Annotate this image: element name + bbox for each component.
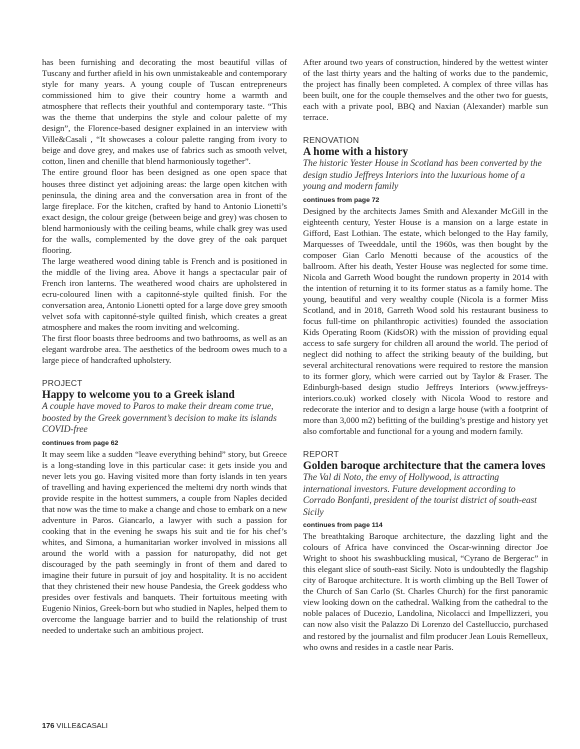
section-spacer	[42, 366, 287, 378]
article-home-with-history: RENOVATION A home with a history The his…	[303, 135, 548, 437]
article-headline: Golden baroque architecture that the cam…	[303, 460, 548, 473]
article-body: It may seem like a sudden “leave everyth…	[42, 449, 287, 637]
section-spacer	[303, 123, 548, 135]
article-kicker: RENOVATION	[303, 135, 548, 146]
article-kicker: PROJECT	[42, 378, 287, 389]
body-paragraph: The first floor boasts three bedrooms an…	[42, 333, 287, 366]
page-number: 176	[42, 721, 54, 730]
article-body: Designed by the architects James Smith a…	[303, 206, 548, 438]
article-standfirst: The Val di Noto, the envy of Hollywood, …	[303, 473, 548, 519]
continues-from-page: continues from page 62	[42, 438, 287, 449]
body-paragraph: The large weathered wood dining table is…	[42, 256, 287, 333]
article-headline: Happy to welcome you to a Greek island	[42, 389, 287, 402]
left-column: has been furnishing and decorating the m…	[42, 57, 287, 636]
publication-name: VILLE&CASALI	[56, 721, 107, 730]
article-headline: A home with a history	[303, 146, 548, 159]
article-standfirst: The historic Yester House in Scotland ha…	[303, 159, 548, 193]
continues-from-page: continues from page 72	[303, 195, 548, 206]
body-paragraph: has been furnishing and decorating the m…	[42, 57, 287, 167]
article-standfirst: A couple have moved to Paros to make the…	[42, 402, 287, 436]
article-body: The breathtaking Baroque architecture, t…	[303, 531, 548, 653]
body-paragraph: After around two years of construction, …	[303, 57, 548, 123]
body-paragraph: The entire ground floor has been designe…	[42, 167, 287, 255]
page-footer: 176 VILLE&CASALI	[42, 721, 108, 730]
continues-from-page: continues from page 114	[303, 520, 548, 531]
article-golden-baroque: REPORT Golden baroque architecture that …	[303, 449, 548, 652]
article-kicker: REPORT	[303, 449, 548, 460]
right-column: After around two years of construction, …	[303, 57, 548, 653]
article-greek-island: PROJECT Happy to welcome you to a Greek …	[42, 378, 287, 636]
section-spacer	[303, 437, 548, 449]
